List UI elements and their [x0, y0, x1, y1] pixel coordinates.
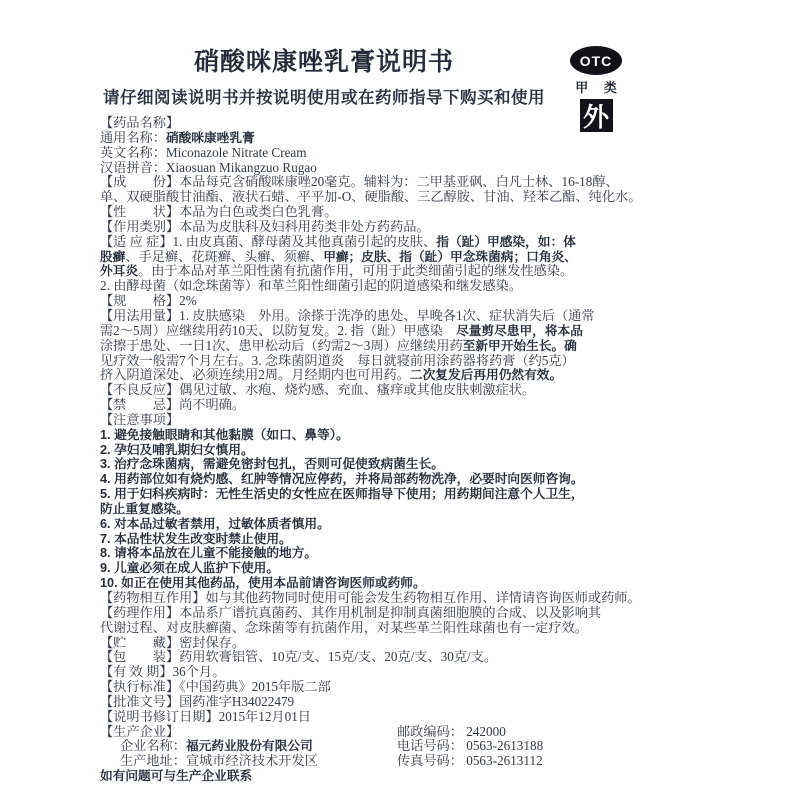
- doc-text: 企业名称：: [120, 738, 186, 753]
- doc-text: 至新甲开始生长。确: [463, 339, 577, 353]
- doc-text: 【贮 藏】密封保存。: [100, 635, 245, 650]
- doc-text: 【药理作用】本品系广谱抗真菌药、其作用机制是抑制真菌细胞膜的合成、以及影响其: [100, 605, 601, 620]
- doc-text: 【不良反应】偶见过敏、水疱、烧灼感、充血、瘙痒或其他皮肤刺激症状。: [100, 382, 535, 397]
- doc-text: 涂擦于患处、一日1次、患甲松动后（约需2～3周）应继续用药: [100, 338, 463, 353]
- doc-line: 9. 儿童必须在成人监护下使用。: [100, 561, 665, 576]
- doc-text: 指（趾）甲感染，如：体: [436, 235, 576, 249]
- doc-line: 5. 用于妇科疾病时：无性生活史的女性应在医师指导下使用；用药期间注意个人卫生，: [100, 487, 665, 502]
- contact-info: 传真号码： 0563-2613112: [397, 754, 543, 769]
- doc-text: 【作用类别】本品为皮肤科及妇科用药类非处方药药品。: [100, 219, 430, 234]
- doc-line: 【不良反应】偶见过敏、水疱、烧灼感、充血、瘙痒或其他皮肤刺激症状。: [100, 383, 665, 398]
- doc-line: 【禁 忌】尚不明确。: [100, 398, 665, 413]
- doc-line: 英文名称：Miconazole Nitrate Cream: [100, 146, 665, 161]
- doc-text: 硝酸咪康唑乳膏: [166, 131, 255, 145]
- doc-line: 【生产企业】邮政编码： 242000: [100, 725, 665, 740]
- doc-line: 需2～5周）应继续用药10天、以防复发。2. 指（趾）甲感染 尽量剪尽患甲，将本…: [100, 324, 665, 339]
- doc-text: 甲癣；皮肤、指（趾）甲念珠菌病；口角炎、: [323, 250, 577, 264]
- doc-line: 【规 格】2%: [100, 294, 665, 309]
- doc-line: 【药品名称】: [100, 116, 665, 131]
- doc-text: 【有 效 期】36个月。: [100, 664, 225, 679]
- doc-line: 生产地址：宣城市经济技术开发区传真号码： 0563-2613112: [100, 754, 665, 769]
- doc-line: 【作用类别】本品为皮肤科及妇科用药类非处方药药品。: [100, 220, 665, 235]
- doc-text: 需2～5周）应继续用药10天、以防复发。2. 指（趾）甲感染: [100, 323, 456, 338]
- doc-line: 2. 孕妇及哺乳期妇女慎用。: [100, 443, 665, 458]
- doc-line: 1. 避免接触眼睛和其他黏膜（如口、鼻等）。: [100, 428, 665, 443]
- doc-text: 股癣: [100, 250, 125, 264]
- doc-text: 、手足癣、花斑癣、头癣、须癣、: [125, 249, 323, 264]
- doc-text: 【包 装】药用软膏铝管、10克/支、15克/支、20克/支、30克/支。: [100, 649, 497, 664]
- doc-line: 2. 由酵母菌（如念珠菌等）和革兰阳性细菌引起的阴道感染和继发感染。: [100, 279, 665, 294]
- doc-text: 单、双硬脂酸甘油酯、液状石蜡、平平加-O、硬脂酸、三乙醇胺、甘油、羟苯乙酯、纯化…: [100, 189, 641, 204]
- doc-text: 【执行标准】《中国药典》2015年版二部: [100, 679, 331, 694]
- doc-text: 【禁 忌】尚不明确。: [100, 397, 245, 412]
- contact-info: 电话号码： 0563-2613188: [397, 739, 543, 754]
- doc-text: 通用名称：: [100, 130, 166, 145]
- doc-line: 防止重复感染。: [100, 502, 665, 517]
- doc-line: 8. 请将本品放在儿童不能接触的地方。: [100, 546, 665, 561]
- doc-text: 【说明书修订日期】2015年12月01日: [100, 709, 311, 724]
- doc-line: 挤入阴道深处、必须连续用2周。月经期内也可用药。二次复发后再用仍然有效。: [100, 368, 665, 383]
- doc-text: 二次复发后再用仍然有效。: [410, 368, 562, 382]
- doc-text: 【注意事项】: [100, 412, 179, 427]
- doc-text: 防止重复感染。: [100, 502, 189, 516]
- doc-line: 10. 如正在使用其他药品，使用本品前请咨询医师或药师。: [100, 576, 665, 591]
- doc-text: 【药品名称】: [100, 115, 179, 130]
- doc-text: 尽量剪尽患甲，将本品: [456, 324, 583, 338]
- doc-line: 6. 对本品过敏者禁用，过敏体质者慎用。: [100, 517, 665, 532]
- leaflet-page: 硝酸咪康唑乳膏说明书 请仔细阅读说明书并按说明使用或在药师指导下购买和使用 OT…: [0, 0, 800, 800]
- doc-line: 7. 本品性状发生改变时禁止使用。: [100, 532, 665, 547]
- doc-line: 4. 用药部位如有烧灼感、红肿等情况应停药，并将局部药物洗净，必要时向医师咨询。: [100, 472, 665, 487]
- doc-line: 单、双硬脂酸甘油酯、液状石蜡、平平加-O、硬脂酸、三乙醇胺、甘油、羟苯乙酯、纯化…: [100, 190, 665, 205]
- doc-line: 【说明书修订日期】2015年12月01日: [100, 710, 665, 725]
- doc-text: 8. 请将本品放在儿童不能接触的地方。: [100, 546, 317, 560]
- doc-text: 10. 如正在使用其他药品，使用本品前请咨询医师或药师。: [100, 576, 426, 590]
- doc-text: 【批准文号】国药准字H34022479: [100, 694, 294, 709]
- doc-line: 【药理作用】本品系广谱抗真菌药、其作用机制是抑制真菌细胞膜的合成、以及影响其: [100, 606, 665, 621]
- doc-line: 【药物相互作用】如与其他药物同时使用可能会发生药物相互作用、详情请咨询医师或药师…: [100, 591, 665, 606]
- doc-text: 9. 儿童必须在成人监护下使用。: [100, 561, 279, 575]
- doc-text: 【用法用量】1. 皮肤感染 外用。涂搽于洗净的患处、早晚各1次、症状消失后（通常: [100, 308, 595, 323]
- doc-text: 福元药业股份有限公司: [186, 739, 313, 753]
- doc-text: 代谢过程、对皮肤癣菌、念珠菌等有抗菌作用，对某些革兰阳性球菌也有一定疗效。: [100, 620, 588, 635]
- page-title: 硝酸咪康唑乳膏说明书: [100, 42, 548, 78]
- doc-text: 【性 状】本品为白色或类白色乳膏。: [100, 204, 337, 219]
- doc-line: 【适 应 症】1. 由皮真菌、酵母菌及其他真菌引起的皮肤、指（趾）甲感染，如：体: [100, 235, 665, 250]
- doc-text: 【成 份】本品每克含硝酸咪康唑20毫克。辅料为：二甲基亚砜、白凡士林、16-18…: [100, 174, 619, 189]
- doc-text: 2. 由酵母菌（如念珠菌等）和革兰阳性细菌引起的阴道感染和继发感染。: [100, 278, 522, 293]
- doc-line: 涂擦于患处、一日1次、患甲松动后（约需2～3周）应继续用药至新甲开始生长。确: [100, 339, 665, 354]
- doc-line: 【性 状】本品为白色或类白色乳膏。: [100, 205, 665, 220]
- doc-line: 【包 装】药用软膏铝管、10克/支、15克/支、20克/支、30克/支。: [100, 650, 665, 665]
- otc-oval-icon: OTC: [570, 46, 622, 75]
- doc-text: 【药物相互作用】如与其他药物同时使用可能会发生药物相互作用、详情请咨询医师或药师…: [100, 590, 641, 605]
- doc-line: 通用名称：硝酸咪康唑乳膏: [100, 131, 665, 146]
- doc-text: 6. 对本品过敏者禁用，过敏体质者慎用。: [100, 517, 330, 531]
- doc-text: 汉语拼音：Xiaosuan Mikangzuo Rugao: [100, 160, 317, 175]
- doc-text: 1. 避免接触眼睛和其他黏膜（如口、鼻等）。: [100, 428, 349, 442]
- doc-text: 。由于本品对革兰阳性菌有抗菌作用，可用于此类细菌引起的继发性感染。: [138, 263, 573, 278]
- doc-line: 【用法用量】1. 皮肤感染 外用。涂搽于洗净的患处、早晚各1次、症状消失后（通常: [100, 309, 665, 324]
- doc-line: 【执行标准】《中国药典》2015年版二部: [100, 680, 665, 695]
- doc-text: 4. 用药部位如有烧灼感、红肿等情况应停药，并将局部药物洗净，必要时向医师咨询。: [100, 472, 584, 486]
- doc-line: 【注意事项】: [100, 413, 665, 428]
- otc-class-label: 甲 类: [569, 77, 623, 96]
- doc-line: 如有问题可与生产企业联系: [100, 769, 665, 784]
- otc-label: OTC: [580, 53, 613, 69]
- doc-line: 【成 份】本品每克含硝酸咪康唑20毫克。辅料为：二甲基亚砜、白凡士林、16-18…: [100, 175, 665, 190]
- doc-text: 5. 用于妇科疾病时：无性生活史的女性应在医师指导下使用；用药期间注意个人卫生，: [100, 487, 584, 501]
- doc-text: 生产地址：宣城市经济技术开发区: [120, 753, 318, 768]
- doc-text: 见疗效一般需7个月左右。3. 念珠菌阴道炎 每日就寝前用涂药器将药膏（约5克）: [100, 353, 575, 368]
- doc-text: 【规 格】2%: [100, 293, 197, 308]
- doc-text: 【生产企业】: [100, 724, 179, 739]
- doc-text: 7. 本品性状发生改变时禁止使用。: [100, 532, 292, 546]
- doc-text: 如有问题可与生产企业联系: [100, 769, 252, 783]
- doc-text: 3. 治疗念珠菌病，需避免密封包扎，否则可促使致病菌生长。: [100, 457, 444, 471]
- doc-line: 代谢过程、对皮肤癣菌、念珠菌等有抗菌作用，对某些革兰阳性球菌也有一定疗效。: [100, 621, 665, 636]
- doc-text: 英文名称：Miconazole Nitrate Cream: [100, 145, 307, 160]
- document-body: 【药品名称】通用名称：硝酸咪康唑乳膏英文名称：Miconazole Nitrat…: [100, 116, 665, 784]
- doc-text: 2. 孕妇及哺乳期妇女慎用。: [100, 443, 254, 457]
- doc-line: 【批准文号】国药准字H34022479: [100, 695, 665, 710]
- subtitle: 请仔细阅读说明书并按说明使用或在药师指导下购买和使用: [100, 84, 548, 108]
- doc-text: 【适 应 症】1. 由皮真菌、酵母菌及其他真菌引起的皮肤、: [100, 234, 436, 249]
- doc-line: 【有 效 期】36个月。: [100, 665, 665, 680]
- doc-line: 3. 治疗念珠菌病，需避免密封包扎，否则可促使致病菌生长。: [100, 457, 665, 472]
- doc-text: 外耳炎: [100, 264, 138, 278]
- doc-text: 挤入阴道深处、必须连续用2周。月经期内也可用药。: [100, 367, 410, 382]
